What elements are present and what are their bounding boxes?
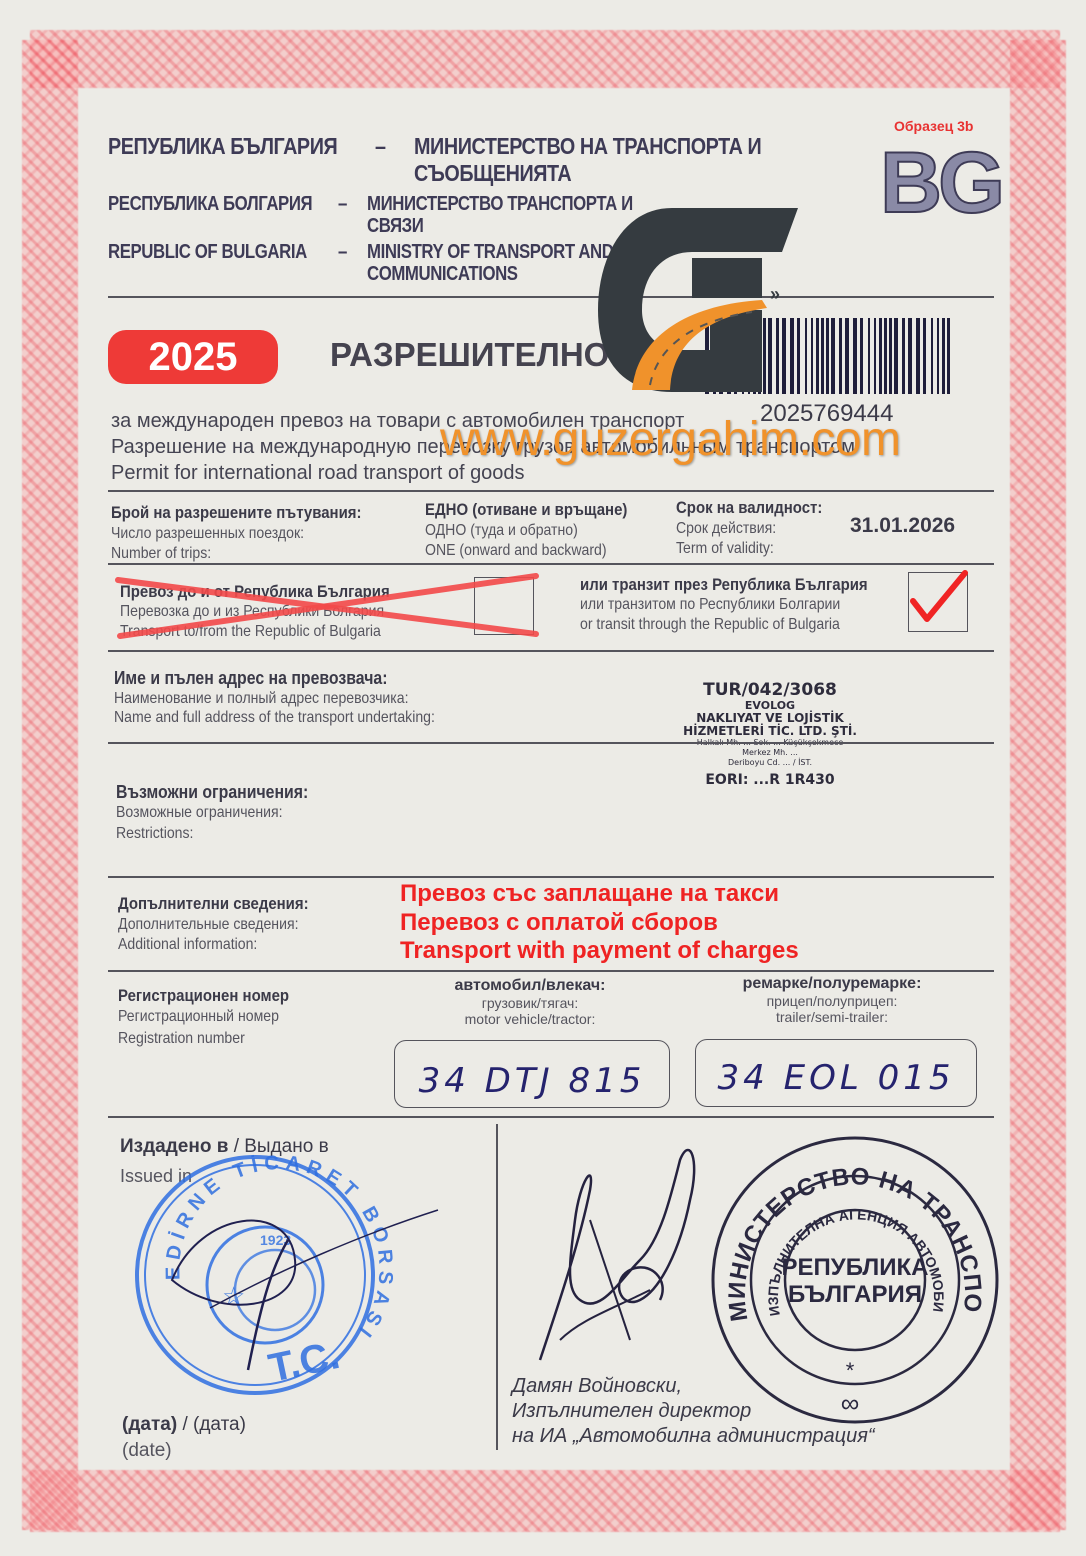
seal-center-line1: РЕПУБЛИКА	[782, 1254, 929, 1281]
trailer-label-en: trailer/semi-trailer:	[722, 1009, 942, 1025]
trailer-label-bg: ремарке/полуремарке:	[722, 975, 942, 993]
cross-out-mark	[112, 572, 542, 642]
additional-label-bg: Допълнителни сведения:	[118, 894, 309, 914]
carrier-stamp: TUR/042/3068 EVOLOG NAKLIYAT VE LOJİSTİK…	[650, 680, 890, 788]
carrier-label-bg: Име и пълен адрес на превозвача:	[114, 668, 387, 689]
additional-value-bg: Превоз със заплащане на такси	[400, 880, 779, 908]
carrier-label-en: Name and full address of the transport u…	[114, 709, 435, 727]
country-en: REPUBLIC OF BULGARIA	[108, 241, 307, 264]
watermark-url: www.guzergahim.com	[440, 412, 901, 467]
divider	[108, 563, 994, 565]
transit-label-ru: или транзитом по Республики Болгарии	[580, 596, 840, 614]
country-bg: РЕПУБЛИКА БЪЛГАРИЯ	[108, 133, 337, 160]
security-border-bottom	[30, 1470, 1060, 1532]
ministry-seal: МИНИСТЕРСТВО НА ТРАНСПОРТА И СЪОБЩЕНИЯТА…	[700, 1130, 1010, 1430]
country-ru: РЕСПУБЛИКА БОЛГАРИЯ	[108, 193, 312, 216]
director-signature	[520, 1140, 720, 1380]
additional-value-ru: Перевоз с оплатой сборов	[400, 909, 718, 937]
ministry-bg-line1: МИНИСТЕРСТВО НА ТРАНСПОРТА И	[414, 133, 761, 160]
registration-label-ru: Регистрационный номер	[118, 1008, 279, 1026]
validity-date: 31.01.2026	[850, 514, 955, 538]
date-label-bg: (дата)	[122, 1414, 177, 1435]
carrier-eori: EORI: ...R 1R430	[650, 772, 890, 788]
date-label-ru: (дата)	[193, 1414, 246, 1435]
watermark-logo-icon: »	[592, 200, 812, 400]
year-badge: 2025	[108, 330, 278, 384]
dash: –	[338, 193, 347, 216]
security-border-right	[1010, 40, 1066, 1530]
trips-value-bg: ЕДНО (отиване и връщане)	[425, 500, 627, 520]
ministry-en-line2: COMMUNICATIONS	[367, 263, 518, 286]
security-border-left	[22, 40, 78, 1530]
vehicle-label-group: автомобил/влекач: грузовик/тягач: motor …	[420, 977, 640, 1027]
carrier-label-ru: Наименование и полный адрес перевозчика:	[114, 690, 408, 708]
vertical-divider	[496, 1124, 498, 1450]
validity-label-en: Term of validity:	[676, 540, 774, 558]
dash: –	[338, 241, 347, 264]
divider	[108, 296, 994, 298]
dash: –	[375, 133, 386, 160]
trips-label-ru: Число разрешенных поездок:	[111, 525, 304, 543]
date-label-en: (date)	[122, 1440, 172, 1462]
registration-label-en: Registration number	[118, 1030, 245, 1048]
vehicle-label-bg: автомобил/влекач:	[420, 977, 640, 995]
country-code-bg: BG	[880, 134, 1001, 233]
slash: /	[182, 1414, 187, 1435]
trips-value-en: ONE (onward and backward)	[425, 542, 607, 560]
registration-label-bg: Регистрационен номер	[118, 986, 289, 1006]
carrier-address-line3: Deriboyu Cd. ... / İST.	[650, 758, 890, 768]
check-icon	[907, 567, 971, 627]
ministry-bg-line2: СЪОБЩЕНИЯТА	[414, 160, 571, 187]
carrier-license: TUR/042/3068	[650, 680, 890, 700]
divider	[108, 1116, 994, 1118]
trailer-label-group: ремарке/полуремарке: прицеп/полуприцеп: …	[722, 975, 942, 1025]
carrier-address-line2: Merkez Mh. ...	[650, 748, 890, 758]
carrier-name-line3: HİZMETLERİ TİC. LTD. ŞTİ.	[650, 725, 890, 738]
validity-label-bg: Срок на валидност:	[676, 498, 822, 518]
vehicle-plate-field[interactable]: 34 DTJ 815	[394, 1040, 670, 1108]
trailer-plate-field[interactable]: 34 EOL 015	[695, 1039, 977, 1107]
issuing-office-stamp: EDİRNE TİCARET BORSASI 1923 T.C. ☆	[120, 1140, 440, 1400]
additional-label-en: Additional information:	[118, 936, 257, 954]
trips-label-en: Number of trips:	[111, 545, 211, 563]
restrictions-label-en: Restrictions:	[116, 825, 193, 843]
trailer-label-ru: прицеп/полуприцеп:	[722, 993, 942, 1009]
divider	[108, 970, 994, 972]
trips-value-ru: ОДНО (туда и обратно)	[425, 522, 578, 540]
restrictions-label-ru: Возможные ограничения:	[116, 804, 283, 822]
restrictions-label-bg: Възможни ограничения:	[116, 782, 308, 803]
trips-label-bg: Брой на разрешените пътувания:	[111, 503, 361, 523]
vehicle-label-ru: грузовик/тягач:	[420, 995, 640, 1011]
transit-label-bg: или транзит през Република България	[580, 575, 868, 595]
seal-star-icon: *	[846, 1358, 855, 1383]
signatory-name: Дамян Войновски,	[512, 1375, 682, 1398]
permit-title: РАЗРЕШИТЕЛНО	[330, 336, 609, 374]
seal-center-line2: БЪЛГАРИЯ	[788, 1281, 922, 1308]
ministry-en-line1: MINISTRY OF TRANSPORT AND	[367, 241, 613, 264]
security-border-top	[30, 30, 1060, 88]
divider	[108, 742, 994, 744]
form-sample-label: Образец 3b	[894, 118, 973, 134]
divider	[108, 876, 994, 878]
transit-checkbox[interactable]	[908, 572, 968, 632]
validity-label-ru: Срок действия:	[676, 520, 776, 538]
date-label: (дата) / (дата)	[122, 1414, 246, 1436]
seal-mark: ∞	[841, 1388, 860, 1418]
transit-label-en: or transit through the Republic of Bulga…	[580, 616, 840, 634]
additional-label-ru: Дополнительные сведения:	[118, 916, 298, 934]
vehicle-label-en: motor vehicle/tractor:	[420, 1011, 640, 1027]
additional-value-en: Transport with payment of charges	[400, 937, 799, 965]
divider	[108, 650, 994, 652]
divider	[108, 490, 994, 492]
ministry-ru-line2: СВЯЗИ	[367, 215, 423, 238]
svg-text:»: »	[770, 284, 780, 304]
